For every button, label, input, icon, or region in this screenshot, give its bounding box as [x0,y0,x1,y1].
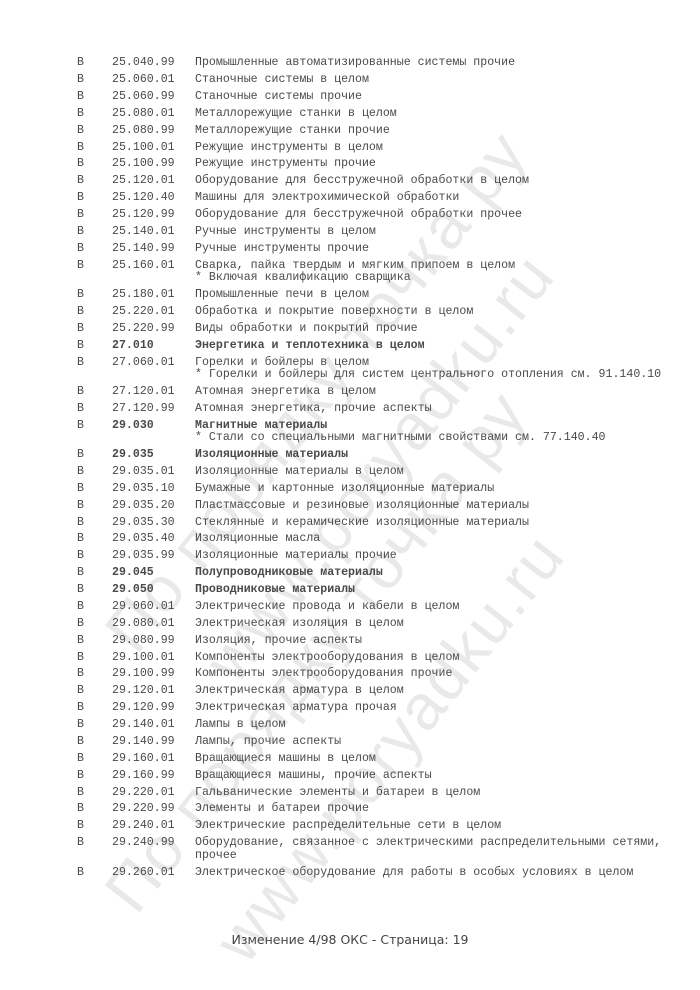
item-category: B [0,449,112,462]
item-description: Ручные инструменты прочие [195,243,665,256]
item-code: 25.100.99 [112,158,195,171]
item-category: B [0,91,112,104]
item-category: B [0,719,112,732]
item-title: Станочные системы прочие [195,90,362,103]
item-code: 29.120.01 [112,685,195,698]
item-title: Металлорежущие станки в целом [195,107,397,120]
item-code: 27.120.01 [112,386,195,399]
list-item: B25.220.01Обработка и покрытие поверхнос… [0,304,700,321]
item-code: 29.050 [112,584,195,597]
item-title: Металлорежущие станки прочие [195,124,390,137]
item-description: Изоляция, прочие аспекты [195,635,665,648]
item-category: B [0,142,112,155]
list-item: B25.100.01Режущие инструменты в целом [0,139,700,156]
list-item: B29.050Проводниковые материалы [0,582,700,599]
item-title: Промышленные автоматизированные системы … [195,56,515,69]
item-category: B [0,837,112,862]
item-code: 25.060.01 [112,74,195,87]
item-title: Ручные инструменты в целом [195,225,376,238]
item-description: Атомная энергетика в целом [195,386,665,399]
list-item: B29.035.20Пластмассовые и резиновые изол… [0,498,700,515]
item-title: Электрическая арматура в целом [195,684,404,697]
item-description: Полупроводниковые материалы [195,567,665,580]
item-description: Изоляционные масла [195,533,665,546]
item-title: Оборудование, связанное с электрическими… [195,836,661,862]
item-title: Станочные системы в целом [195,73,369,86]
item-category: B [0,226,112,239]
list-item: B25.180.01Промышленные печи в целом [0,287,700,304]
list-item: B25.160.01Сварка, пайка твердым и мягким… [0,258,700,287]
item-code: 25.180.01 [112,289,195,302]
list-item: B29.140.99Лампы, прочие аспекты [0,734,700,751]
item-description: Бумажные и картонные изоляционные матери… [195,483,665,496]
item-code: 29.220.99 [112,803,195,816]
item-code: 25.100.01 [112,142,195,155]
item-title: Вращающиеся машины, прочие аспекты [195,769,432,782]
list-item: B25.220.99Виды обработки и покрытий проч… [0,321,700,338]
list-item: B29.260.01Электрическое оборудование для… [0,864,700,881]
item-category: B [0,357,112,382]
list-item: B25.140.99Ручные инструменты прочие [0,241,700,258]
list-item: B29.035.99Изоляционные материалы прочие [0,548,700,565]
item-category: B [0,108,112,121]
item-description: Изоляционные материалы прочие [195,550,665,563]
list-item: B29.035.30Стеклянные и керамические изол… [0,514,700,531]
item-code: 29.240.99 [112,837,195,862]
list-item: B27.120.99Атомная энергетика, прочие асп… [0,401,700,418]
item-code: 29.035 [112,449,195,462]
item-title: Вращающиеся машины в целом [195,752,376,765]
item-description: Оборудование, связанное с электрическими… [195,837,665,862]
item-category: B [0,753,112,766]
item-title: Изоляционные материалы [195,448,348,461]
item-code: 25.120.99 [112,209,195,222]
item-code: 25.060.99 [112,91,195,104]
item-code: 25.220.99 [112,323,195,336]
list-item: B29.240.99Оборудование, связанное с элек… [0,835,700,864]
list-item: B25.080.01Металлорежущие станки в целом [0,106,700,123]
item-category: B [0,601,112,614]
item-code: 29.100.99 [112,668,195,681]
item-description: Металлорежущие станки в целом [195,108,665,121]
item-category: B [0,289,112,302]
item-description: Компоненты электрооборудования прочие [195,668,665,681]
list-item: B29.035.10Бумажные и картонные изоляцион… [0,481,700,498]
item-code: 25.040.99 [112,57,195,70]
item-title: Атомная энергетика, прочие аспекты [195,402,432,415]
item-category: B [0,420,112,445]
item-title: Изоляция, прочие аспекты [195,634,362,647]
item-code: 29.035.40 [112,533,195,546]
item-category: B [0,685,112,698]
item-category: B [0,533,112,546]
item-code: 29.140.01 [112,719,195,732]
item-title: Электрическая изоляция в целом [195,617,404,630]
item-description: Режущие инструменты прочие [195,158,665,171]
item-code: 27.060.01 [112,357,195,382]
item-description: Гальванические элементы и батареи в цело… [195,787,665,800]
item-title: Электрические провода и кабели в целом [195,600,459,613]
list-item: B29.140.01Лампы в целом [0,717,700,734]
item-description: Станочные системы в целом [195,74,665,87]
item-title: Режущие инструменты прочие [195,157,376,170]
item-title: Ручные инструменты прочие [195,242,369,255]
item-code: 27.120.99 [112,403,195,416]
item-code: 29.140.99 [112,736,195,749]
item-description: Лампы, прочие аспекты [195,736,665,749]
item-category: B [0,403,112,416]
item-description: Электрическая арматура в целом [195,685,665,698]
item-category: B [0,567,112,580]
item-description: Промышленные печи в целом [195,289,665,302]
item-description: Электрическая изоляция в целом [195,618,665,631]
item-category: B [0,618,112,631]
item-category: B [0,340,112,353]
list-item: B29.035.40Изоляционные масла [0,531,700,548]
item-category: B [0,192,112,205]
item-code: 25.140.01 [112,226,195,239]
item-code: 25.220.01 [112,306,195,319]
item-description: Стеклянные и керамические изоляционные м… [195,517,665,530]
item-category: B [0,260,112,285]
item-description: Виды обработки и покрытий прочие [195,323,665,336]
item-title: Режущие инструменты в целом [195,141,383,154]
list-item: B27.120.01Атомная энергетика в целом [0,384,700,401]
list-item: B29.240.01Электрические распределительны… [0,818,700,835]
item-code: 25.120.40 [112,192,195,205]
item-title: Обработка и покрытие поверхности в целом [195,305,473,318]
item-category: B [0,867,112,880]
item-title: Оборудование для бесстружечной обработки… [195,208,522,221]
item-title: Электрическая арматура прочая [195,701,397,714]
item-category: B [0,175,112,188]
item-code: 29.045 [112,567,195,580]
item-title: Энергетика и теплотехника в целом [195,339,425,352]
item-title: Лампы в целом [195,718,285,731]
item-title: Изоляционные масла [195,532,320,545]
item-note: * Включая квалификацию сварщика [195,272,665,285]
item-title: Сварка, пайка твердым и мягким припоем в… [195,259,515,272]
list-item: B25.120.40Машины для электрохимической о… [0,190,700,207]
list-item: B25.060.01Станочные системы в целом [0,72,700,89]
item-title: Элементы и батареи прочие [195,802,369,815]
list-item: B25.120.01Оборудование для бесстружечной… [0,173,700,190]
list-item: B25.140.01Ручные инструменты в целом [0,224,700,241]
item-description: Электрическая арматура прочая [195,702,665,715]
item-code: 29.030 [112,420,195,445]
list-item: B29.220.01Гальванические элементы и бата… [0,784,700,801]
item-code: 29.220.01 [112,787,195,800]
item-description: Элементы и батареи прочие [195,803,665,816]
item-code: 29.080.01 [112,618,195,631]
item-description: Изоляционные материалы в целом [195,466,665,479]
item-category: B [0,787,112,800]
list-item: B29.120.99Электрическая арматура прочая [0,700,700,717]
item-category: B [0,243,112,256]
item-code: 25.080.99 [112,125,195,138]
item-code: 29.100.01 [112,652,195,665]
item-code: 29.035.10 [112,483,195,496]
item-title: Атомная энергетика в целом [195,385,376,398]
item-description: Электрические распределительные сети в ц… [195,820,665,833]
item-category: B [0,517,112,530]
item-note: * Горелки и бойлеры для систем центральн… [195,369,665,382]
list-item: B29.080.99Изоляция, прочие аспекты [0,633,700,650]
list-item: B29.160.01Вращающиеся машины в целом [0,751,700,768]
item-description: Атомная энергетика, прочие аспекты [195,403,665,416]
item-category: B [0,306,112,319]
list-item: B29.160.99Вращающиеся машины, прочие асп… [0,768,700,785]
list-item: B29.100.99Компоненты электрооборудования… [0,666,700,683]
item-title: Полупроводниковые материалы [195,566,383,579]
item-description: Оборудование для бесстружечной обработки… [195,209,665,222]
item-title: Лампы, прочие аспекты [195,735,341,748]
item-description: Металлорежущие станки прочие [195,125,665,138]
item-title: Изоляционные материалы в целом [195,465,404,478]
item-title: Бумажные и картонные изоляционные матери… [195,482,494,495]
item-code: 29.160.99 [112,770,195,783]
item-category: B [0,209,112,222]
list-item: B29.100.01Компоненты электрооборудования… [0,649,700,666]
item-category: B [0,702,112,715]
item-description: Энергетика и теплотехника в целом [195,340,665,353]
item-category: B [0,820,112,833]
list-item: B25.120.99Оборудование для бесстружечной… [0,207,700,224]
item-note: * Стали со специальными магнитными свойс… [195,432,665,445]
item-code: 29.060.01 [112,601,195,614]
item-code: 29.035.30 [112,517,195,530]
item-category: B [0,550,112,563]
list-item: B25.100.99Режущие инструменты прочие [0,156,700,173]
item-description: Горелки и бойлеры в целом* Горелки и бой… [195,357,665,382]
item-title: Гальванические элементы и батареи в цело… [195,786,480,799]
item-category: B [0,500,112,513]
item-category: B [0,770,112,783]
list-item: B29.045Полупроводниковые материалы [0,565,700,582]
item-category: B [0,736,112,749]
item-code: 29.260.01 [112,867,195,880]
item-title: Виды обработки и покрытий прочие [195,322,418,335]
item-description: Магнитные материалы* Стали со специальны… [195,420,665,445]
item-category: B [0,803,112,816]
item-description: Компоненты электрооборудования в целом [195,652,665,665]
list-item: B29.080.01Электрическая изоляция в целом [0,616,700,633]
list-item: B25.060.99Станочные системы прочие [0,89,700,106]
item-code: 29.160.01 [112,753,195,766]
item-code: 29.035.99 [112,550,195,563]
item-category: B [0,74,112,87]
item-description: Промышленные автоматизированные системы … [195,57,665,70]
item-description: Обработка и покрытие поверхности в целом [195,306,665,319]
item-code: 25.080.01 [112,108,195,121]
item-description: Изоляционные материалы [195,449,665,462]
item-title: Горелки и бойлеры в целом [195,356,369,369]
item-description: Оборудование для бесстружечной обработки… [195,175,665,188]
item-code: 29.120.99 [112,702,195,715]
item-title: Изоляционные материалы прочие [195,549,397,562]
item-title: Проводниковые материалы [195,583,355,596]
item-description: Режущие инструменты в целом [195,142,665,155]
list-item: B29.220.99Элементы и батареи прочие [0,801,700,818]
item-description: Машины для электрохимической обработки [195,192,665,205]
item-category: B [0,635,112,648]
item-description: Ручные инструменты в целом [195,226,665,239]
item-category: B [0,584,112,597]
item-code: 29.035.01 [112,466,195,479]
item-title: Электрическое оборудование для работы в … [195,866,633,879]
list-item: B29.120.01Электрическая арматура в целом [0,683,700,700]
item-code: 29.080.99 [112,635,195,648]
item-category: B [0,323,112,336]
item-title: Пластмассовые и резиновые изоляционные м… [195,499,529,512]
item-code: 25.120.01 [112,175,195,188]
item-description: Станочные системы прочие [195,91,665,104]
item-title: Стеклянные и керамические изоляционные м… [195,516,529,529]
item-category: B [0,158,112,171]
list-item: B27.060.01Горелки и бойлеры в целом* Гор… [0,354,700,383]
page-footer: Изменение 4/98 ОКС - Страница: 19 [0,932,700,947]
item-description: Проводниковые материалы [195,584,665,597]
classification-list: B25.040.99Промышленные автоматизированны… [0,55,700,881]
item-code: 29.240.01 [112,820,195,833]
item-description: Вращающиеся машины в целом [195,753,665,766]
list-item: B27.010Энергетика и теплотехника в целом [0,338,700,355]
item-category: B [0,57,112,70]
item-title: Промышленные печи в целом [195,288,369,301]
item-category: B [0,483,112,496]
item-category: B [0,386,112,399]
list-item: B29.035Изоляционные материалы [0,447,700,464]
item-category: B [0,125,112,138]
item-title: Машины для электрохимической обработки [195,191,459,204]
list-item: B25.080.99Металлорежущие станки прочие [0,123,700,140]
item-title: Магнитные материалы [195,419,327,432]
item-description: Вращающиеся машины, прочие аспекты [195,770,665,783]
item-title: Электрические распределительные сети в ц… [195,819,501,832]
item-code: 29.035.20 [112,500,195,513]
item-title: Компоненты электрооборудования прочие [195,667,452,680]
item-code: 25.140.99 [112,243,195,256]
item-category: B [0,668,112,681]
item-description: Электрические провода и кабели в целом [195,601,665,614]
list-item: B29.030Магнитные материалы* Стали со спе… [0,418,700,447]
list-item: B29.035.01Изоляционные материалы в целом [0,464,700,481]
item-title: Оборудование для бесстружечной обработки… [195,174,529,187]
item-category: B [0,466,112,479]
item-category: B [0,652,112,665]
list-item: B25.040.99Промышленные автоматизированны… [0,55,700,72]
item-title: Компоненты электрооборудования в целом [195,651,459,664]
item-code: 27.010 [112,340,195,353]
item-description: Пластмассовые и резиновые изоляционные м… [195,500,665,513]
item-description: Сварка, пайка твердым и мягким припоем в… [195,260,665,285]
item-description: Электрическое оборудование для работы в … [195,867,665,880]
list-item: B29.060.01Электрические провода и кабели… [0,599,700,616]
item-code: 25.160.01 [112,260,195,285]
item-description: Лампы в целом [195,719,665,732]
